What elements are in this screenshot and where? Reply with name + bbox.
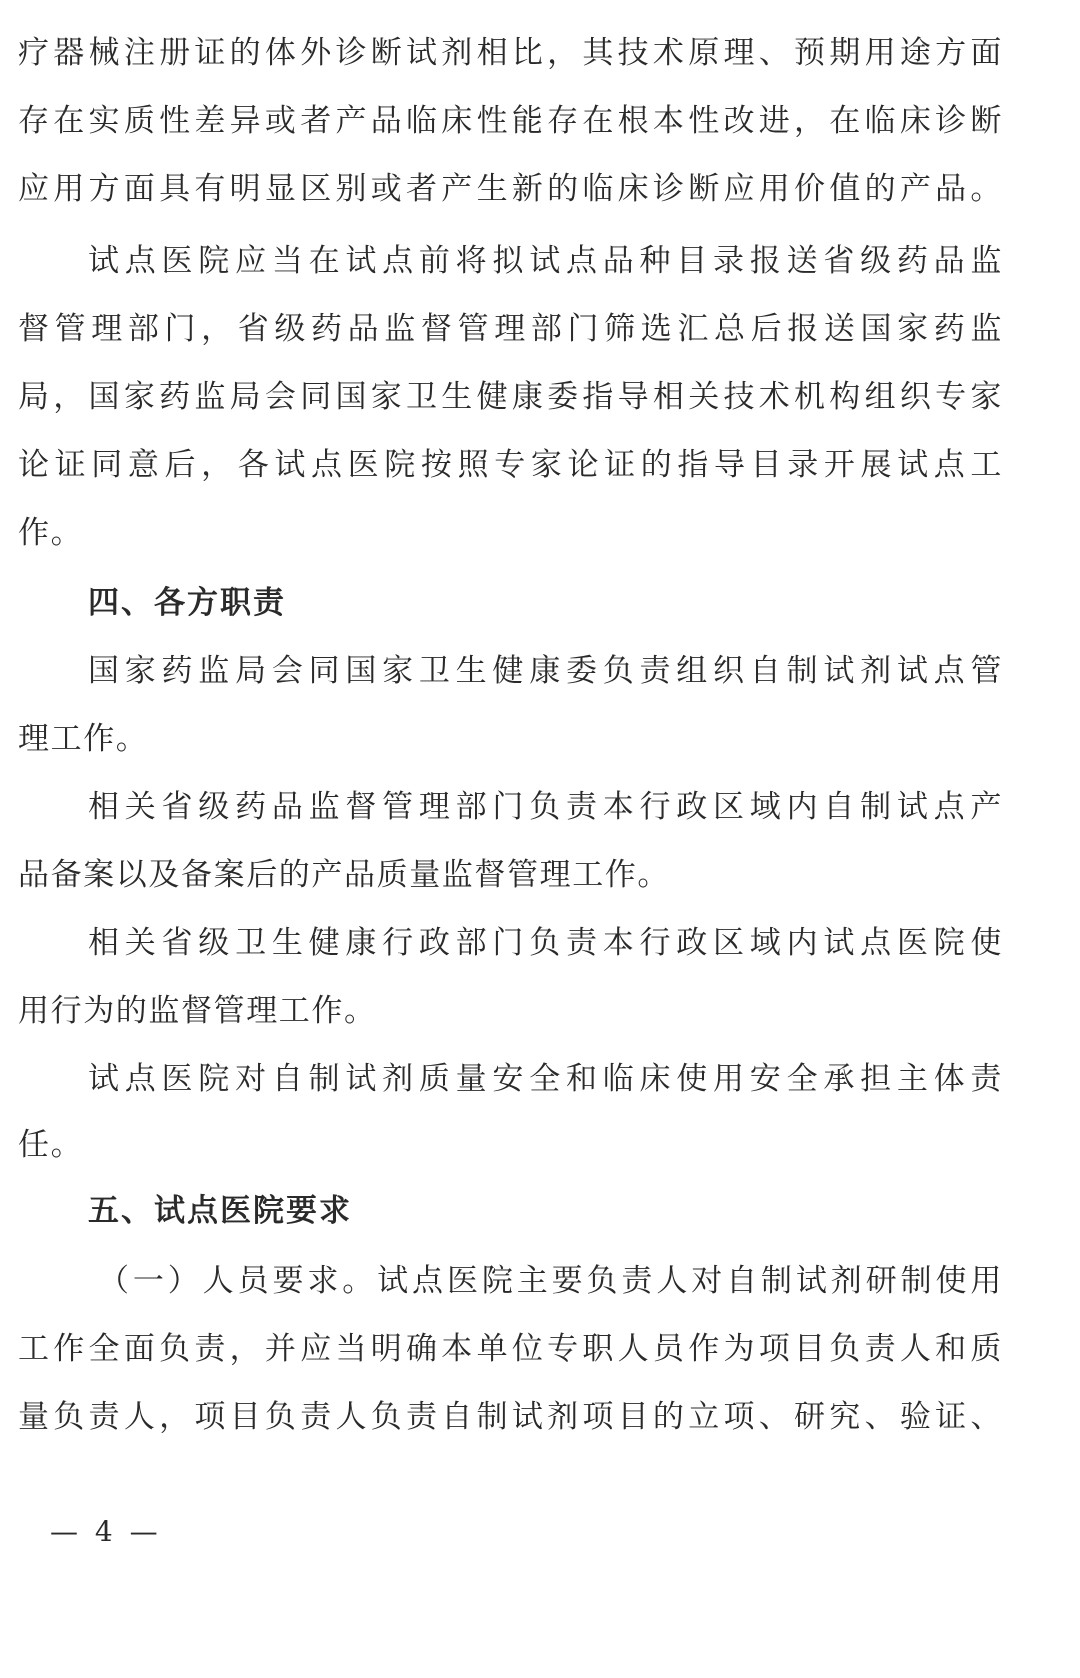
text-line: 论证同意后，各试点医院按照专家论证的指导目录开展试点工 (18, 440, 1003, 490)
text-line: 作。 (18, 508, 1003, 558)
text-line: 理工作。 (18, 714, 1003, 764)
text-line: 量负责人，项目负责人负责自制试剂项目的立项、研究、验证、 (18, 1392, 1003, 1442)
page-number: — 4 — (50, 1512, 162, 1552)
text-line: 工作全面负责，并应当明确本单位专职人员作为项目负责人和质 (18, 1324, 1003, 1374)
text-line: 局，国家药监局会同国家卫生健康委指导相关技术机构组织专家 (18, 372, 1003, 422)
text-line: 国家药监局会同国家卫生健康委负责组织自制试剂试点管 (88, 646, 1003, 696)
section-heading: 五、试点医院要求 (88, 1186, 1003, 1236)
text-line: 存在实质性差异或者产品临床性能存在根本性改进，在临床诊断 (18, 96, 1003, 146)
text-line: 应用方面具有明显区别或者产生新的临床诊断应用价值的产品。 (18, 164, 1003, 214)
text-line: 用行为的监督管理工作。 (18, 986, 1003, 1036)
text-line: 品备案以及备案后的产品质量监督管理工作。 (18, 850, 1003, 900)
text-line: 督管理部门，省级药品监督管理部门筛选汇总后报送国家药监 (18, 304, 1003, 354)
text-line: 试点医院应当在试点前将拟试点品种目录报送省级药品监 (88, 236, 1003, 286)
text-line: 试点医院对自制试剂质量安全和临床使用安全承担主体责 (88, 1054, 1003, 1104)
text-line: 任。 (18, 1120, 1003, 1170)
document-page: 疗器械注册证的体外诊断试剂相比，其技术原理、预期用途方面存在实质性差异或者产品临… (0, 0, 1080, 1678)
text-line: 相关省级药品监督管理部门负责本行政区域内自制试点产 (88, 782, 1003, 832)
text-line: （一）人员要求。试点医院主要负责人对自制试剂研制使用 (98, 1256, 1003, 1306)
text-line: 疗器械注册证的体外诊断试剂相比，其技术原理、预期用途方面 (18, 28, 1003, 78)
text-line: 相关省级卫生健康行政部门负责本行政区域内试点医院使 (88, 918, 1003, 968)
section-heading: 四、各方职责 (88, 578, 1003, 628)
